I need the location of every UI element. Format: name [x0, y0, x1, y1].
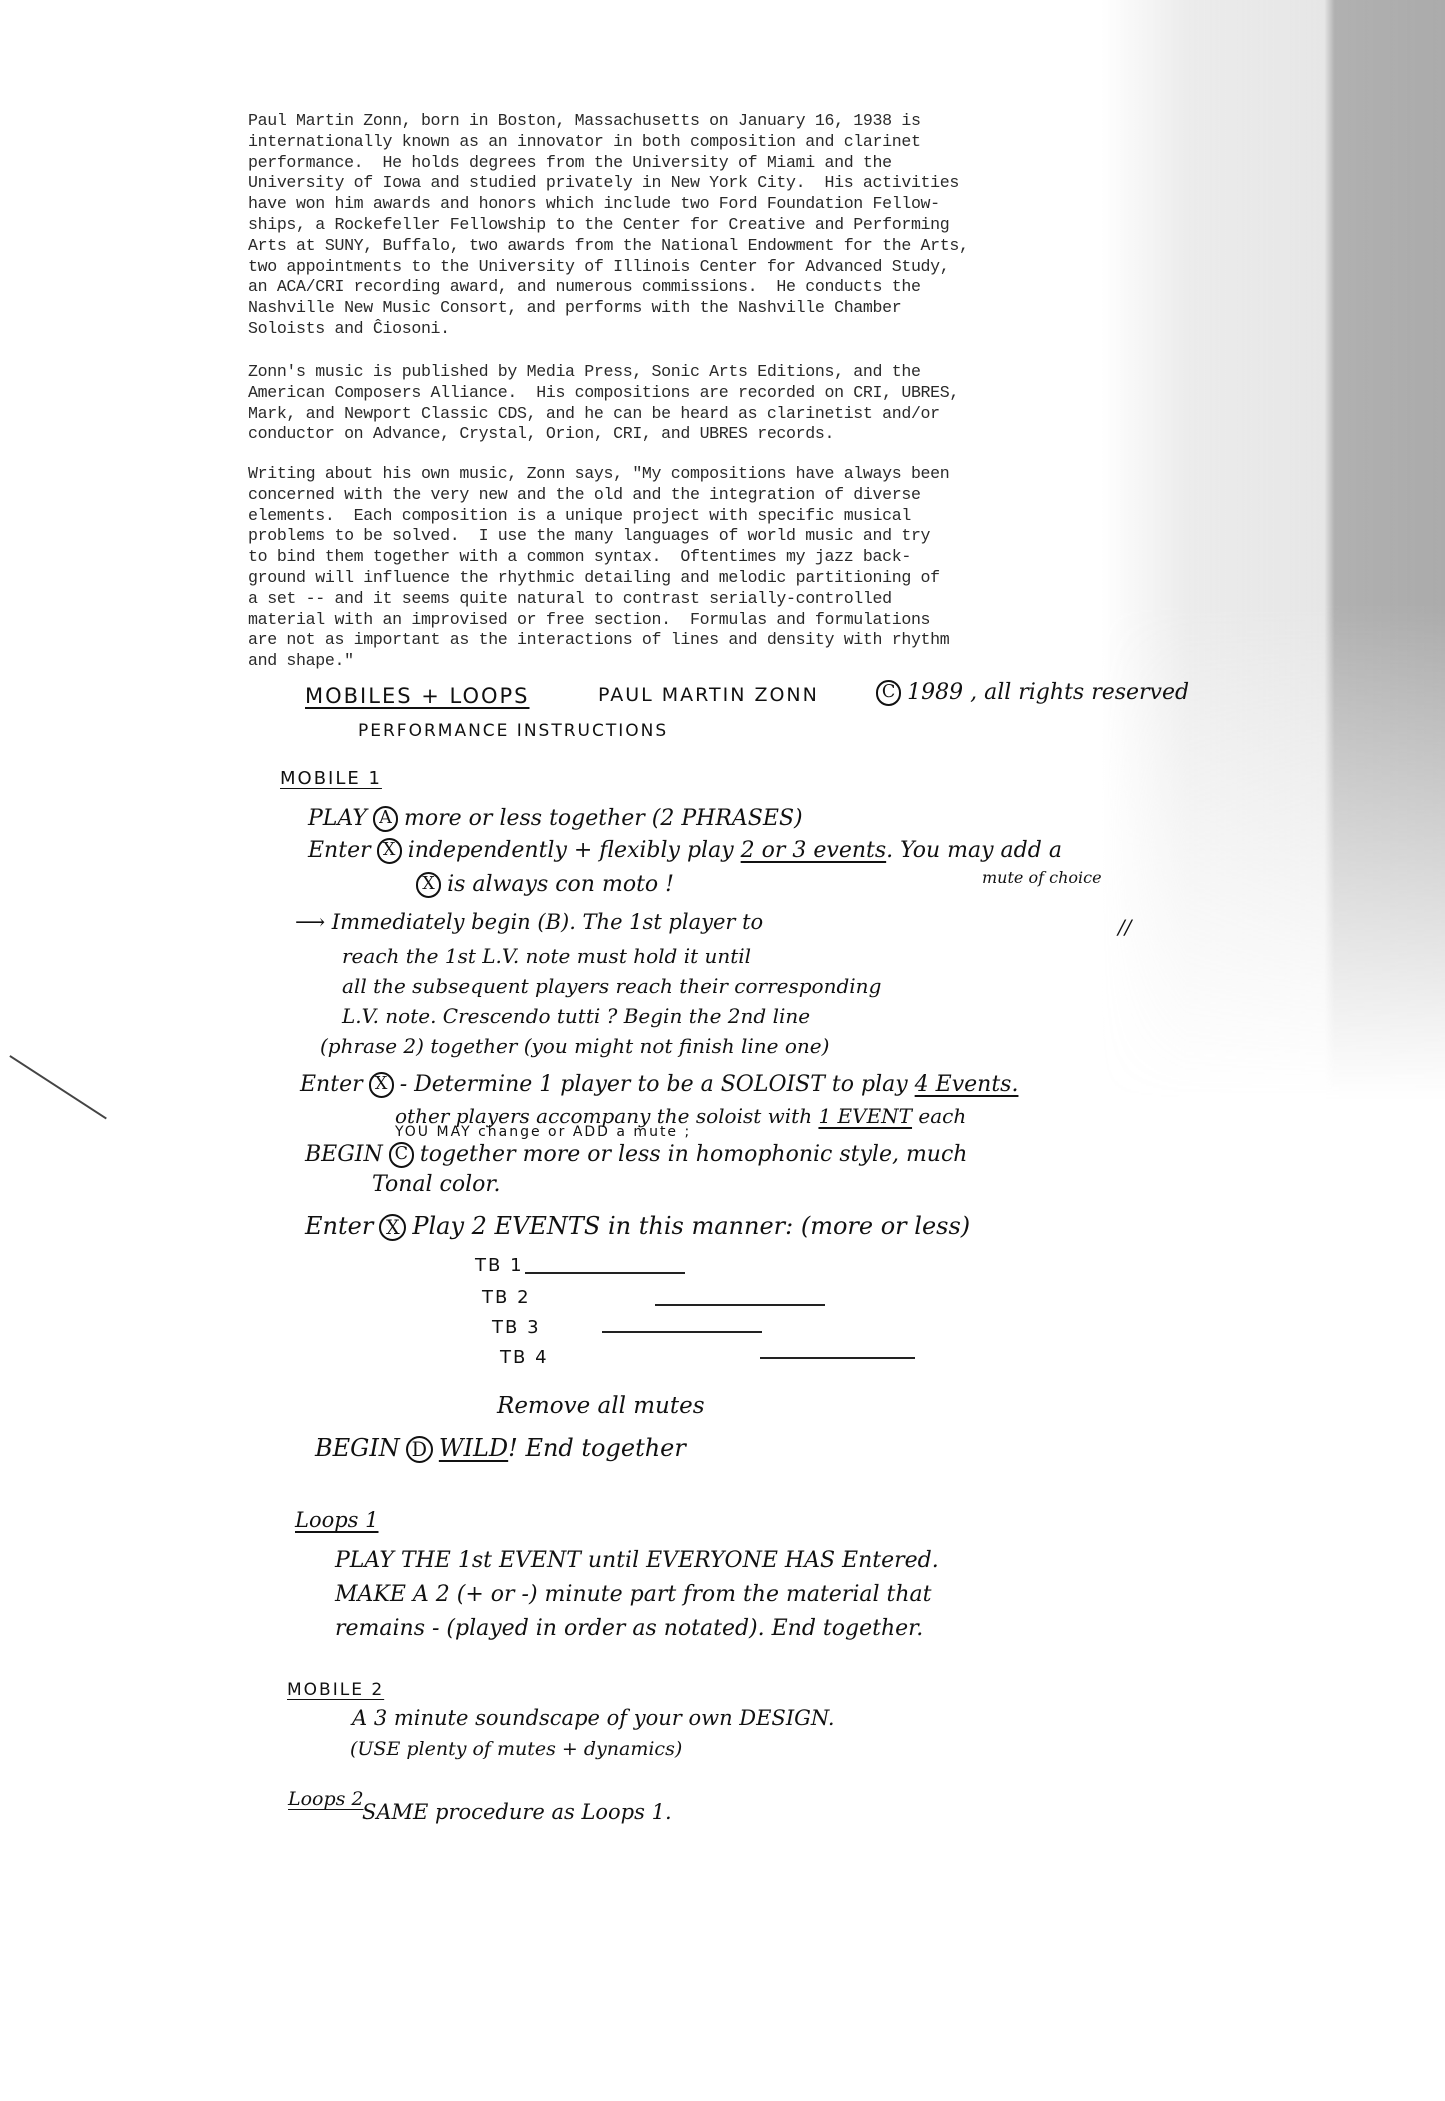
- tb-4-event-line: [760, 1357, 915, 1359]
- tb-2-event-line: [655, 1304, 825, 1306]
- mobile-1-mute-note: YOU MAY change or ADD a mute ;: [395, 1124, 691, 1140]
- mobile-1-line-9: EnterX- Determine 1 player to be a SOLOI…: [300, 1072, 1018, 1098]
- circled-d-icon: D: [406, 1436, 433, 1463]
- margin-pen-stroke: [10, 1055, 107, 1119]
- scan-shadow: [1100, 0, 1445, 1100]
- loops-1-heading: Loops 1: [295, 1508, 379, 1532]
- mobile-1-heading: MOBILE 1: [280, 768, 382, 789]
- circled-a-icon: A: [373, 806, 398, 831]
- mobile-2-line-1: A 3 minute soundscape of your own DESIGN…: [352, 1706, 835, 1730]
- mobile-1-line-13: EnterXPlay 2 EVENTS in this manner: (mor…: [305, 1212, 970, 1241]
- loops-2-line-1: SAME procedure as Loops 1.: [362, 1800, 672, 1824]
- mobile-1-line-14: BEGINDWILD! End together: [315, 1434, 686, 1463]
- work-title: MOBILES + LOOPS: [305, 684, 530, 708]
- circled-x-icon: X: [416, 872, 441, 897]
- tb-3-event-line: [602, 1331, 762, 1333]
- tb-3-label: TB 3: [492, 1317, 541, 1338]
- mute-of-choice-note: mute of choice: [982, 868, 1102, 887]
- composer-quote-paragraph: Writing about his own music, Zonn says, …: [248, 464, 1068, 672]
- circled-c-icon: C: [389, 1142, 414, 1167]
- mobile-1-line-1: PLAYAmore or less together (2 PHRASES): [308, 806, 803, 832]
- tb-1-label: TB 1: [475, 1255, 524, 1276]
- mobile-2-heading: MOBILE 2: [287, 1680, 384, 1700]
- loops-1-line-3: remains - (played in order as notated). …: [335, 1616, 923, 1641]
- loops-2-heading: Loops 2: [288, 1788, 364, 1810]
- tb-2-label: TB 2: [482, 1287, 531, 1308]
- mobile-1-line-8: (phrase 2) together (you might not finis…: [320, 1034, 829, 1058]
- mobile-1-line-3: Xis always con moto !: [410, 872, 674, 898]
- circled-x-icon: X: [377, 838, 402, 863]
- double-slash-mark: //: [1118, 915, 1131, 939]
- arrow-icon: ⟶: [295, 910, 325, 934]
- mobile-1-line-7: L.V. note. Crescendo tutti ? Begin the 2…: [342, 1004, 810, 1028]
- bio-paragraph-1: Paul Martin Zonn, born in Boston, Massac…: [248, 111, 1068, 340]
- mobile-2-line-2: (USE plenty of mutes + dynamics): [350, 1738, 682, 1760]
- mobile-1-line-11: BEGINCtogether more or less in homophoni…: [305, 1142, 967, 1168]
- loops-1-line-2: MAKE A 2 (+ or -) minute part from the m…: [335, 1582, 931, 1607]
- tb-4-label: TB 4: [500, 1347, 549, 1368]
- circled-x-icon: X: [379, 1214, 406, 1241]
- copyright-icon: C: [876, 680, 901, 705]
- tb-1-event-line: [525, 1272, 685, 1274]
- loops-1-line-1: PLAY THE 1st EVENT until EVERYONE HAS En…: [335, 1548, 939, 1573]
- mobile-1-line-2: EnterXindependently + flexibly play 2 or…: [308, 838, 1062, 864]
- composer-name: PAUL MARTIN ZONN: [598, 684, 819, 706]
- mobile-1-line-6: all the subsequent players reach their c…: [342, 974, 881, 998]
- remove-mutes-instruction: Remove all mutes: [497, 1393, 705, 1419]
- performance-instructions-heading: PERFORMANCE INSTRUCTIONS: [358, 721, 668, 741]
- mobile-1-line-4: ⟶ Immediately begin (B). The 1st player …: [295, 910, 763, 934]
- bio-paragraph-2: Zonn's music is published by Media Press…: [248, 362, 1068, 445]
- mobile-1-line-12: Tonal color.: [372, 1172, 500, 1197]
- copyright-line: C1989 , all rights reserved: [870, 680, 1189, 706]
- mobile-1-line-5: reach the 1st L.V. note must hold it unt…: [342, 944, 751, 968]
- circled-x-icon: X: [369, 1072, 394, 1097]
